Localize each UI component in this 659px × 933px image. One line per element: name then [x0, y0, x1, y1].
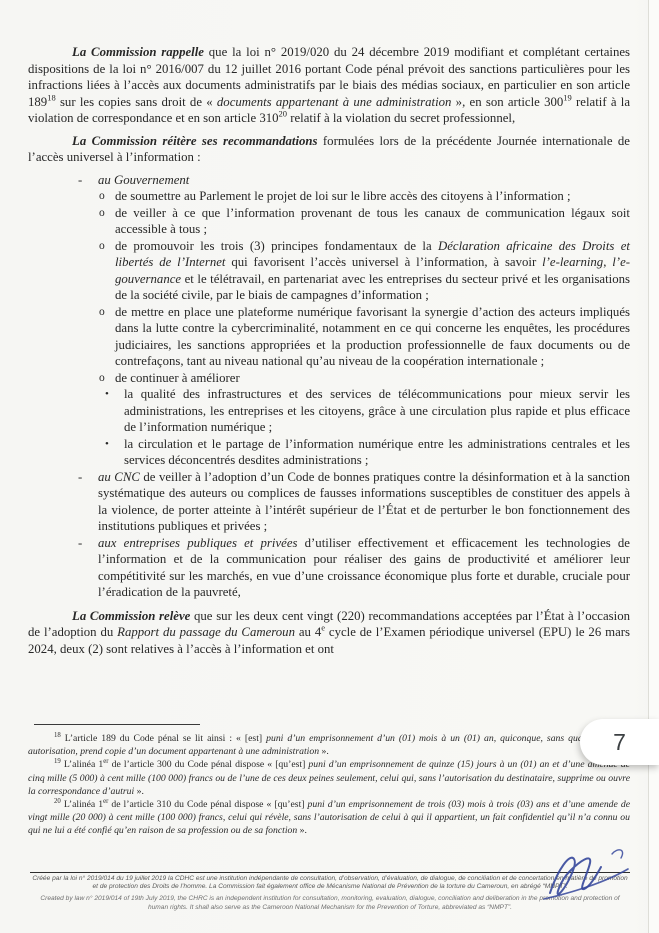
- page-edge-line: [648, 0, 649, 933]
- list-item-qualite-infrastructures: •la qualité des infrastructures et des s…: [28, 386, 630, 436]
- list-item-soumettre: ode soumettre au Parlement le projet de …: [28, 188, 630, 205]
- footnote-number: 18: [54, 732, 61, 739]
- footnote-ref-20: 20: [279, 109, 288, 119]
- page-right-margin: [649, 0, 659, 933]
- text-run: de l’article 310 du Code pénal dispose «…: [108, 799, 307, 810]
- footnotes-section: 18 L’article 189 du Code pénal se lit ai…: [28, 724, 630, 838]
- text-run: sur les copies sans droit de «: [56, 95, 217, 109]
- text-run-italic: l’e-learning: [542, 255, 603, 269]
- text-run: ,: [603, 255, 612, 269]
- text-run: et le télétravail, en partenariat avec l…: [115, 272, 630, 303]
- circle-list-marker: o: [99, 304, 105, 321]
- bullet-list-marker: •: [105, 436, 109, 453]
- text-run: de continuer à améliorer: [115, 371, 240, 385]
- list-item-gouvernement: -au Gouvernement: [28, 172, 630, 189]
- paragraph-commission-releve: La Commission relève que sur les deux ce…: [28, 608, 630, 658]
- paragraph-lead: La Commission relève: [72, 609, 190, 623]
- text-run: la circulation et le partage de l’inform…: [124, 437, 630, 468]
- footnote-number: 19: [54, 758, 61, 765]
- text-run: de promouvoir les trois (3) principes fo…: [115, 239, 438, 253]
- text-run: de veiller à ce que l’information proven…: [115, 206, 630, 237]
- page-number-label: 7: [613, 729, 626, 756]
- dash-list-marker: -: [78, 172, 82, 189]
- list-item-circulation-partage: •la circulation et le partage de l’infor…: [28, 436, 630, 469]
- document-body: La Commission rappelle que la loi n° 201…: [28, 44, 630, 663]
- paragraph-commission-reitere: La Commission réitère ses recommandation…: [28, 133, 630, 166]
- circle-list-marker: o: [99, 370, 105, 387]
- text-run: L’article 189 du Code pénal se lit ainsi…: [61, 733, 266, 744]
- text-run: de soumettre au Parlement le projet de l…: [115, 189, 571, 203]
- list-item-entreprises: -aux entreprises publiques et privées d’…: [28, 535, 630, 601]
- bullet-list-marker: •: [105, 386, 109, 403]
- text-run-italic: au CNC: [98, 470, 140, 484]
- list-item-cnc: -au CNC de veiller à l’adoption d’un Cod…: [28, 469, 630, 535]
- text-run: au 4: [295, 625, 321, 639]
- text-run: ».: [319, 746, 329, 757]
- paragraph-commission-rappelle: La Commission rappelle que la loi n° 201…: [28, 44, 630, 127]
- handwritten-signature: [540, 843, 634, 907]
- text-run: de l’article 300 du Code pénal dispose «…: [109, 759, 309, 770]
- text-run: relatif à la violation du secret profess…: [287, 111, 515, 125]
- text-run: la qualité des infrastructures et des se…: [124, 387, 630, 434]
- text-run: qui favorisent l’accès universel à l’inf…: [225, 255, 542, 269]
- footnote-separator: [34, 724, 200, 725]
- page-number-tab: 7: [580, 719, 659, 765]
- footnote-19: 19 L’alinéa 1er de l’article 300 du Code…: [28, 758, 630, 798]
- list-item-continuer: ode continuer à améliorer: [28, 370, 630, 387]
- footnote-18: 18 L’article 189 du Code pénal se lit ai…: [28, 732, 630, 758]
- text-run: de mettre en place une plateforme numéri…: [115, 305, 630, 369]
- list-item-plateforme: ode mettre en place une plateforme numér…: [28, 304, 630, 370]
- text-run: L’alinéa 1: [61, 799, 103, 810]
- list-item-promouvoir: ode promouvoir les trois (3) principes f…: [28, 238, 630, 304]
- text-run-italic: aux entreprises publiques et privées: [98, 536, 297, 550]
- scanned-document-page: La Commission rappelle que la loi n° 201…: [0, 0, 659, 933]
- footnote-ref-19: 19: [563, 92, 572, 102]
- text-run: ».: [134, 786, 144, 797]
- dash-list-marker: -: [78, 469, 82, 486]
- footnote-ref-18: 18: [47, 92, 56, 102]
- text-run: ».: [297, 825, 307, 836]
- paragraph-lead: La Commission réitère ses recommandation…: [72, 134, 318, 148]
- dash-list-marker: -: [78, 535, 82, 552]
- text-run-italic: Rapport du passage du Cameroun: [117, 625, 295, 639]
- footnote-number: 20: [54, 798, 61, 805]
- circle-list-marker: o: [99, 188, 105, 205]
- text-run-italic: documents appartenant à une administrati…: [217, 95, 452, 109]
- circle-list-marker: o: [99, 238, 105, 255]
- text-run: de veiller à l’adoption d’un Code de bon…: [98, 470, 630, 534]
- footnote-20: 20 L’alinéa 1er de l’article 310 du Code…: [28, 798, 630, 838]
- text-run-italic: au Gouvernement: [98, 173, 189, 187]
- circle-list-marker: o: [99, 205, 105, 222]
- list-item-veiller: ode veiller à ce que l’information prove…: [28, 205, 630, 238]
- paragraph-lead: La Commission rappelle: [72, 45, 204, 59]
- text-run: L’alinéa 1: [61, 759, 103, 770]
- text-run: », en son article 300: [451, 95, 563, 109]
